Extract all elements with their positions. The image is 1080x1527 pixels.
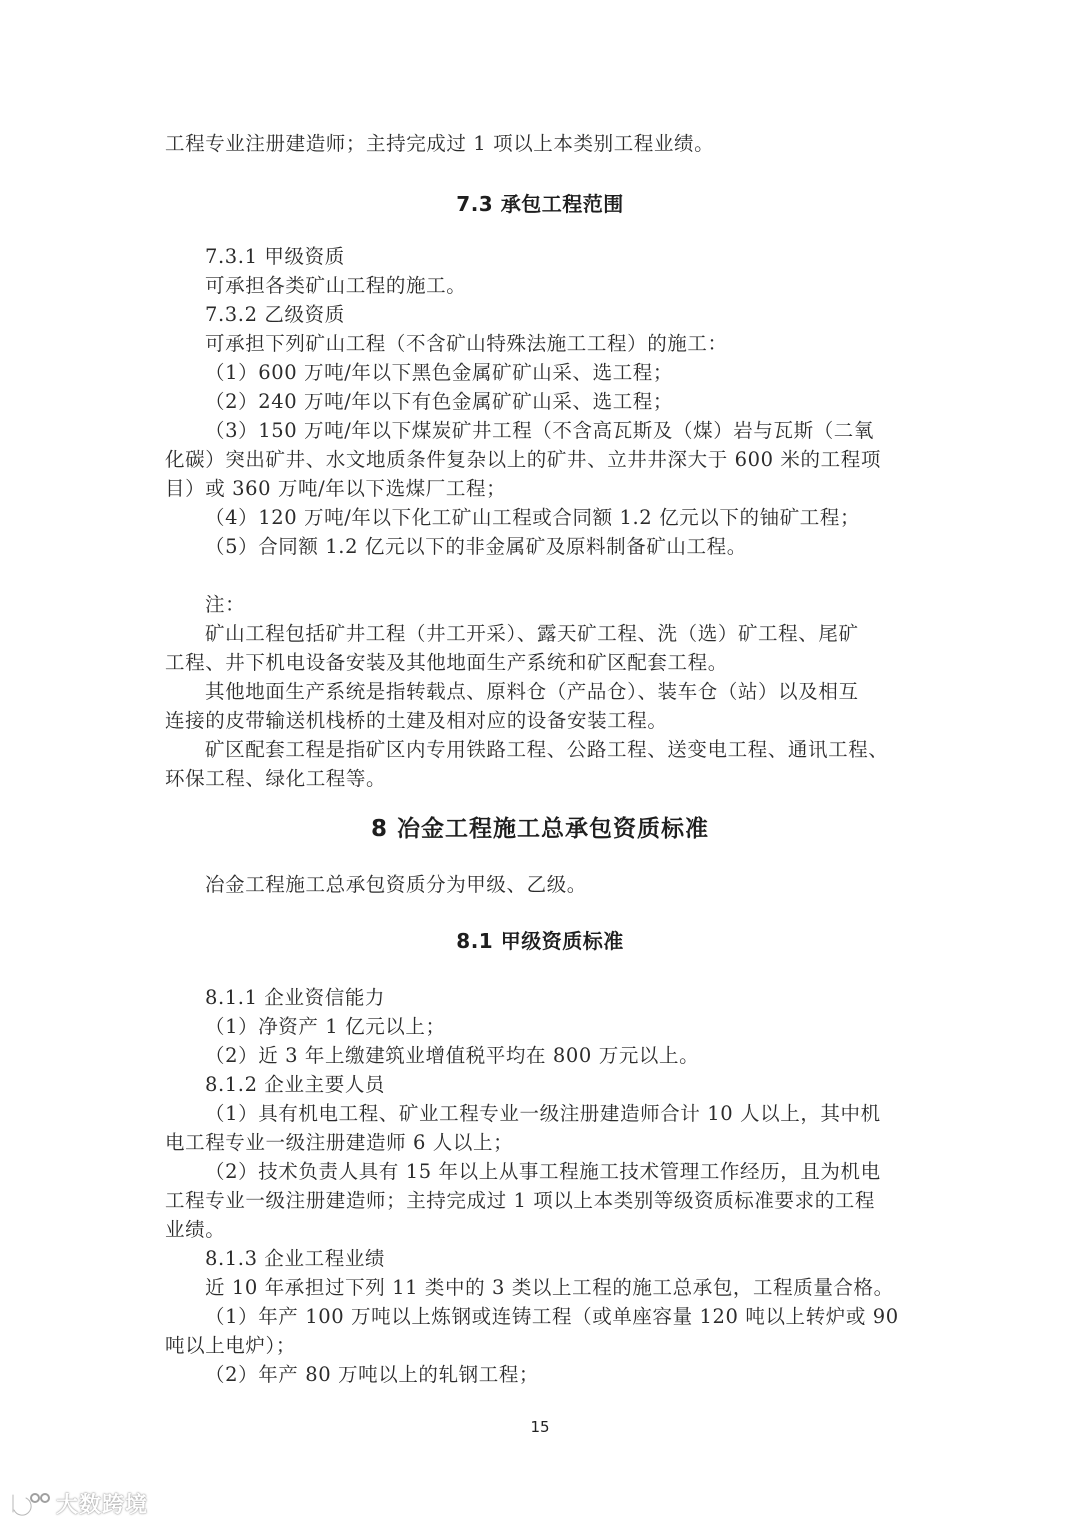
list-item: （2）近 3 年上缴建筑业增值税平均在 800 万元以上。 [205,1042,699,1070]
list-item: （1）600 万吨/年以下黑色金属矿矿山采、选工程； [205,359,673,387]
subsection-heading-7-3-1: 7.3.1 甲级资质 [205,243,345,271]
list-item: （3）150 万吨/年以下煤炭矿井工程（不含高瓦斯及（煤）岩与瓦斯（二氧 [205,417,874,445]
chapter-heading-8: 8 冶金工程施工总承包资质标准 [0,810,1080,843]
paragraph-line: 工程、井下机电设备安装及其他地面生产系统和矿区配套工程。 [165,649,728,677]
list-item: （2）240 万吨/年以下有色金属矿矿山采、选工程； [205,388,673,416]
paragraph-line: 矿区配套工程是指矿区内专用铁路工程、公路工程、送变电工程、通讯工程、 [205,736,888,764]
page-number: 15 [0,1418,1080,1436]
section-heading-8-1: 8.1 甲级资质标准 [0,925,1080,954]
subsection-heading-8-1-3: 8.1.3 企业工程业绩 [205,1245,385,1273]
list-item-continuation: 吨以上电炉）； [165,1332,296,1360]
list-item: （4）120 万吨/年以下化工矿山工程或合同额 1.2 亿元以下的铀矿工程； [205,504,860,532]
list-item: （5）合同额 1.2 亿元以下的非金属矿及原料制备矿山工程。 [205,533,747,561]
list-item: （2）年产 80 万吨以上的轧钢工程； [205,1361,539,1389]
list-item-continuation: 化碳）突出矿井、水文地质条件复杂以上的矿井、立井井深大于 600 米的工程项 [165,446,881,474]
list-item: （2）技术负责人具有 15 年以上从事工程施工技术管理工作经历，且为机电 [205,1158,881,1186]
list-item-continuation: 业绩。 [165,1216,225,1244]
list-item-continuation: 工程专业一级注册建造师；主持完成过 1 项以上本类别等级资质标准要求的工程 [165,1187,875,1215]
paragraph-line: 环保工程、绿化工程等。 [165,765,386,793]
document-page: 工程专业注册建造师；主持完成过 1 项以上本类别工程业绩。 7.3 承包工程范围… [0,0,1080,1527]
list-item: （1）净资产 1 亿元以上； [205,1013,446,1041]
section-heading-7-3: 7.3 承包工程范围 [0,188,1080,217]
watermark: 大数跨境 [8,1488,148,1519]
list-item-continuation: 电工程专业一级注册建造师 6 人以上； [165,1129,513,1157]
paragraph-line: 可承担下列矿山工程（不含矿山特殊法施工工程）的施工： [205,330,728,358]
kuajing-logo-icon [8,1490,52,1518]
subsection-heading-8-1-1: 8.1.1 企业资信能力 [205,984,385,1012]
paragraph-line: 工程专业注册建造师；主持完成过 1 项以上本类别工程业绩。 [165,130,714,158]
paragraph-line: 其他地面生产系统是指转载点、原料仓（产品仓）、装车仓（站）以及相互 [205,678,859,706]
paragraph-line: 可承担各类矿山工程的施工。 [205,272,466,300]
paragraph-line: 冶金工程施工总承包资质分为甲级、乙级。 [205,871,587,899]
paragraph-line: 近 10 年承担过下列 11 类中的 3 类以上工程的施工总承包，工程质量合格。 [205,1274,894,1302]
subsection-heading-7-3-2: 7.3.2 乙级资质 [205,301,345,329]
list-item: （1）具有机电工程、矿业工程专业一级注册建造师合计 10 人以上，其中机 [205,1100,881,1128]
subsection-heading-8-1-2: 8.1.2 企业主要人员 [205,1071,385,1099]
list-item: （1）年产 100 万吨以上炼钢或连铸工程（或单座容量 120 吨以上转炉或 9… [205,1303,899,1331]
note-label: 注： [205,591,245,619]
watermark-text: 大数跨境 [56,1488,148,1519]
paragraph-line: 连接的皮带输送机栈桥的土建及相对应的设备安装工程。 [165,707,668,735]
list-item-continuation: 目）或 360 万吨/年以下选煤厂工程； [165,475,506,503]
paragraph-line: 矿山工程包括矿井工程（井工开采）、露天矿工程、洗（选）矿工程、尾矿 [205,620,859,648]
